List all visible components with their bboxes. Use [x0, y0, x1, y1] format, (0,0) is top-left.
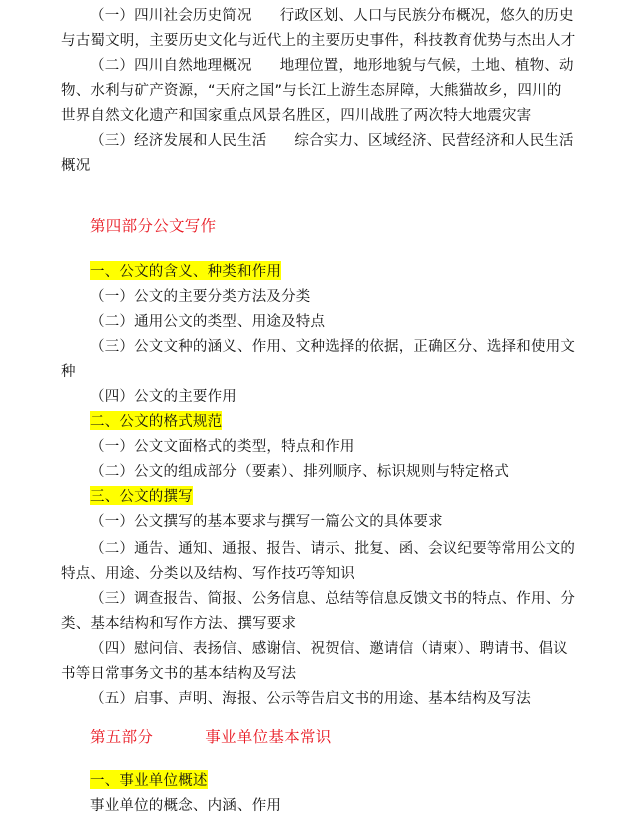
list-item-text: （三）调查报告、简报、公务信息、总结等信息反馈文书的特点、作用、分 — [90, 591, 575, 607]
list-item-text: （一）公文文面格式的类型，特点和作用 — [90, 439, 355, 455]
part-title-text: 第四部分公文写作 — [90, 217, 216, 235]
paragraph-line: （二）四川自然地理概况地理位置，地形地貌与气候，土地、植物、动 — [90, 56, 574, 76]
list-item: （四）公文的主要作用 — [90, 387, 237, 407]
list-item-text: 事业单位的概念、内涵、作用 — [90, 798, 281, 814]
highlighted-heading: 二、公文的格式规范 — [90, 411, 222, 430]
item-text: 行政区划、人口与民族分布概况，悠久的历史 — [280, 8, 574, 24]
list-item-text: 类、基本结构和写作方法、撰写要求 — [61, 616, 296, 632]
list-item-text: （四）公文的主要作用 — [90, 389, 237, 405]
part-title-number: 第五部分 — [90, 728, 153, 746]
item-continuation: 世界自然文化遗产和国家重点风景名胜区，四川战胜了两次特大地震灾害 — [61, 108, 531, 124]
part-title: 第四部分公文写作 — [90, 216, 216, 236]
paragraph-line: 物、水利与矿产资源，“天府之国”与长江上游生态屏障，大熊猫故乡，四川的 — [61, 81, 562, 101]
list-item: 事业单位的概念、内涵、作用 — [90, 796, 281, 816]
paragraph-line: 与古蜀文明，主要历史文化与近代上的主要历史事件，科技教育优势与杰出人才 — [61, 31, 576, 51]
paragraph-line: 世界自然文化遗产和国家重点风景名胜区，四川战胜了两次特大地震灾害 — [61, 106, 531, 126]
highlighted-heading: 三、公文的撰写 — [90, 486, 193, 505]
list-item: 种 — [61, 362, 76, 382]
paragraph-line: 概况 — [61, 156, 90, 176]
item-continuation: 物、水利与矿产资源，“天府之国”与长江上游生态屏障，大熊猫故乡，四川的 — [61, 83, 562, 99]
item-text: 综合实力、区域经济、民营经济和人民生活 — [294, 133, 573, 149]
item-continuation: 概况 — [61, 158, 90, 174]
list-item-text: （一）公文的主要分类方法及分类 — [90, 289, 311, 305]
list-item: （四）慰问信、表扬信、感谢信、祝贺信、邀请信（请柬）、聘请书、倡议 — [90, 639, 568, 659]
list-item-text: 书等日常事务文书的基本结构及写法 — [61, 666, 296, 682]
list-item-text: （二）公文的组成部分（要素）、排列顺序、标识规则与特定格式 — [90, 464, 509, 480]
list-item: 类、基本结构和写作方法、撰写要求 — [61, 614, 296, 634]
section-heading: 三、公文的撰写 — [90, 487, 193, 507]
item-label: （三）经济发展和人民生活 — [90, 133, 266, 149]
highlighted-heading: 一、公文的含义、种类和作用 — [90, 261, 281, 280]
list-item: 书等日常事务文书的基本结构及写法 — [61, 664, 296, 684]
list-item: （二）公文的组成部分（要素）、排列顺序、标识规则与特定格式 — [90, 462, 509, 482]
list-item-text: （四）慰问信、表扬信、感谢信、祝贺信、邀请信（请柬）、聘请书、倡议 — [90, 641, 568, 657]
item-label: （二）四川自然地理概况 — [90, 58, 252, 74]
list-item: （三）公文文种的涵义、作用、文种选择的依据，正确区分、选择和使用文 — [90, 337, 575, 357]
list-item-text: （二）通告、通知、通报、报告、请示、批复、函、会议纪要等常用公文的 — [90, 541, 575, 557]
list-item: （五）启事、声明、海报、公示等告启文书的用途、基本结构及写法 — [90, 689, 531, 709]
item-text: 地理位置，地形地貌与气候，土地、植物、动 — [280, 58, 574, 74]
list-item: （二）通用公文的类型、用途及特点 — [90, 312, 325, 332]
highlighted-heading: 一、事业单位概述 — [90, 770, 208, 789]
part-title-text: 事业单位基本常识 — [205, 728, 331, 746]
list-item-text: （二）通用公文的类型、用途及特点 — [90, 314, 325, 330]
item-label: （一）四川社会历史简况 — [90, 8, 252, 24]
list-item: （一）公文的主要分类方法及分类 — [90, 287, 311, 307]
list-item-text: 种 — [61, 364, 76, 380]
list-item: 特点、用途、分类以及结构、写作技巧等知识 — [61, 564, 355, 584]
part-title: 第五部分事业单位基本常识 — [90, 727, 332, 747]
list-item-text: （五）启事、声明、海报、公示等告启文书的用途、基本结构及写法 — [90, 691, 531, 707]
list-item: （三）调查报告、简报、公务信息、总结等信息反馈文书的特点、作用、分 — [90, 589, 575, 609]
section-heading: 一、公文的含义、种类和作用 — [90, 262, 281, 282]
list-item-text: 特点、用途、分类以及结构、写作技巧等知识 — [61, 566, 355, 582]
list-item: （一）公文文面格式的类型，特点和作用 — [90, 437, 355, 457]
section-heading: 二、公文的格式规范 — [90, 412, 222, 432]
paragraph-line: （一）四川社会历史简况行政区划、人口与民族分布概况，悠久的历史 — [90, 6, 574, 26]
list-item: （一）公文撰写的基本要求与撰写一篇公文的具体要求 — [90, 512, 443, 532]
item-continuation: 与古蜀文明，主要历史文化与近代上的主要历史事件，科技教育优势与杰出人才 — [61, 33, 576, 49]
list-item-text: （一）公文撰写的基本要求与撰写一篇公文的具体要求 — [90, 514, 443, 530]
section-heading: 一、事业单位概述 — [90, 771, 208, 791]
paragraph-line: （三）经济发展和人民生活综合实力、区域经济、民营经济和人民生活 — [90, 131, 574, 151]
list-item-text: （三）公文文种的涵义、作用、文种选择的依据，正确区分、选择和使用文 — [90, 339, 575, 355]
list-item: （二）通告、通知、通报、报告、请示、批复、函、会议纪要等常用公文的 — [90, 539, 575, 559]
document-page: （一）四川社会历史简况行政区划、人口与民族分布概况，悠久的历史 与古蜀文明，主要… — [0, 0, 625, 834]
